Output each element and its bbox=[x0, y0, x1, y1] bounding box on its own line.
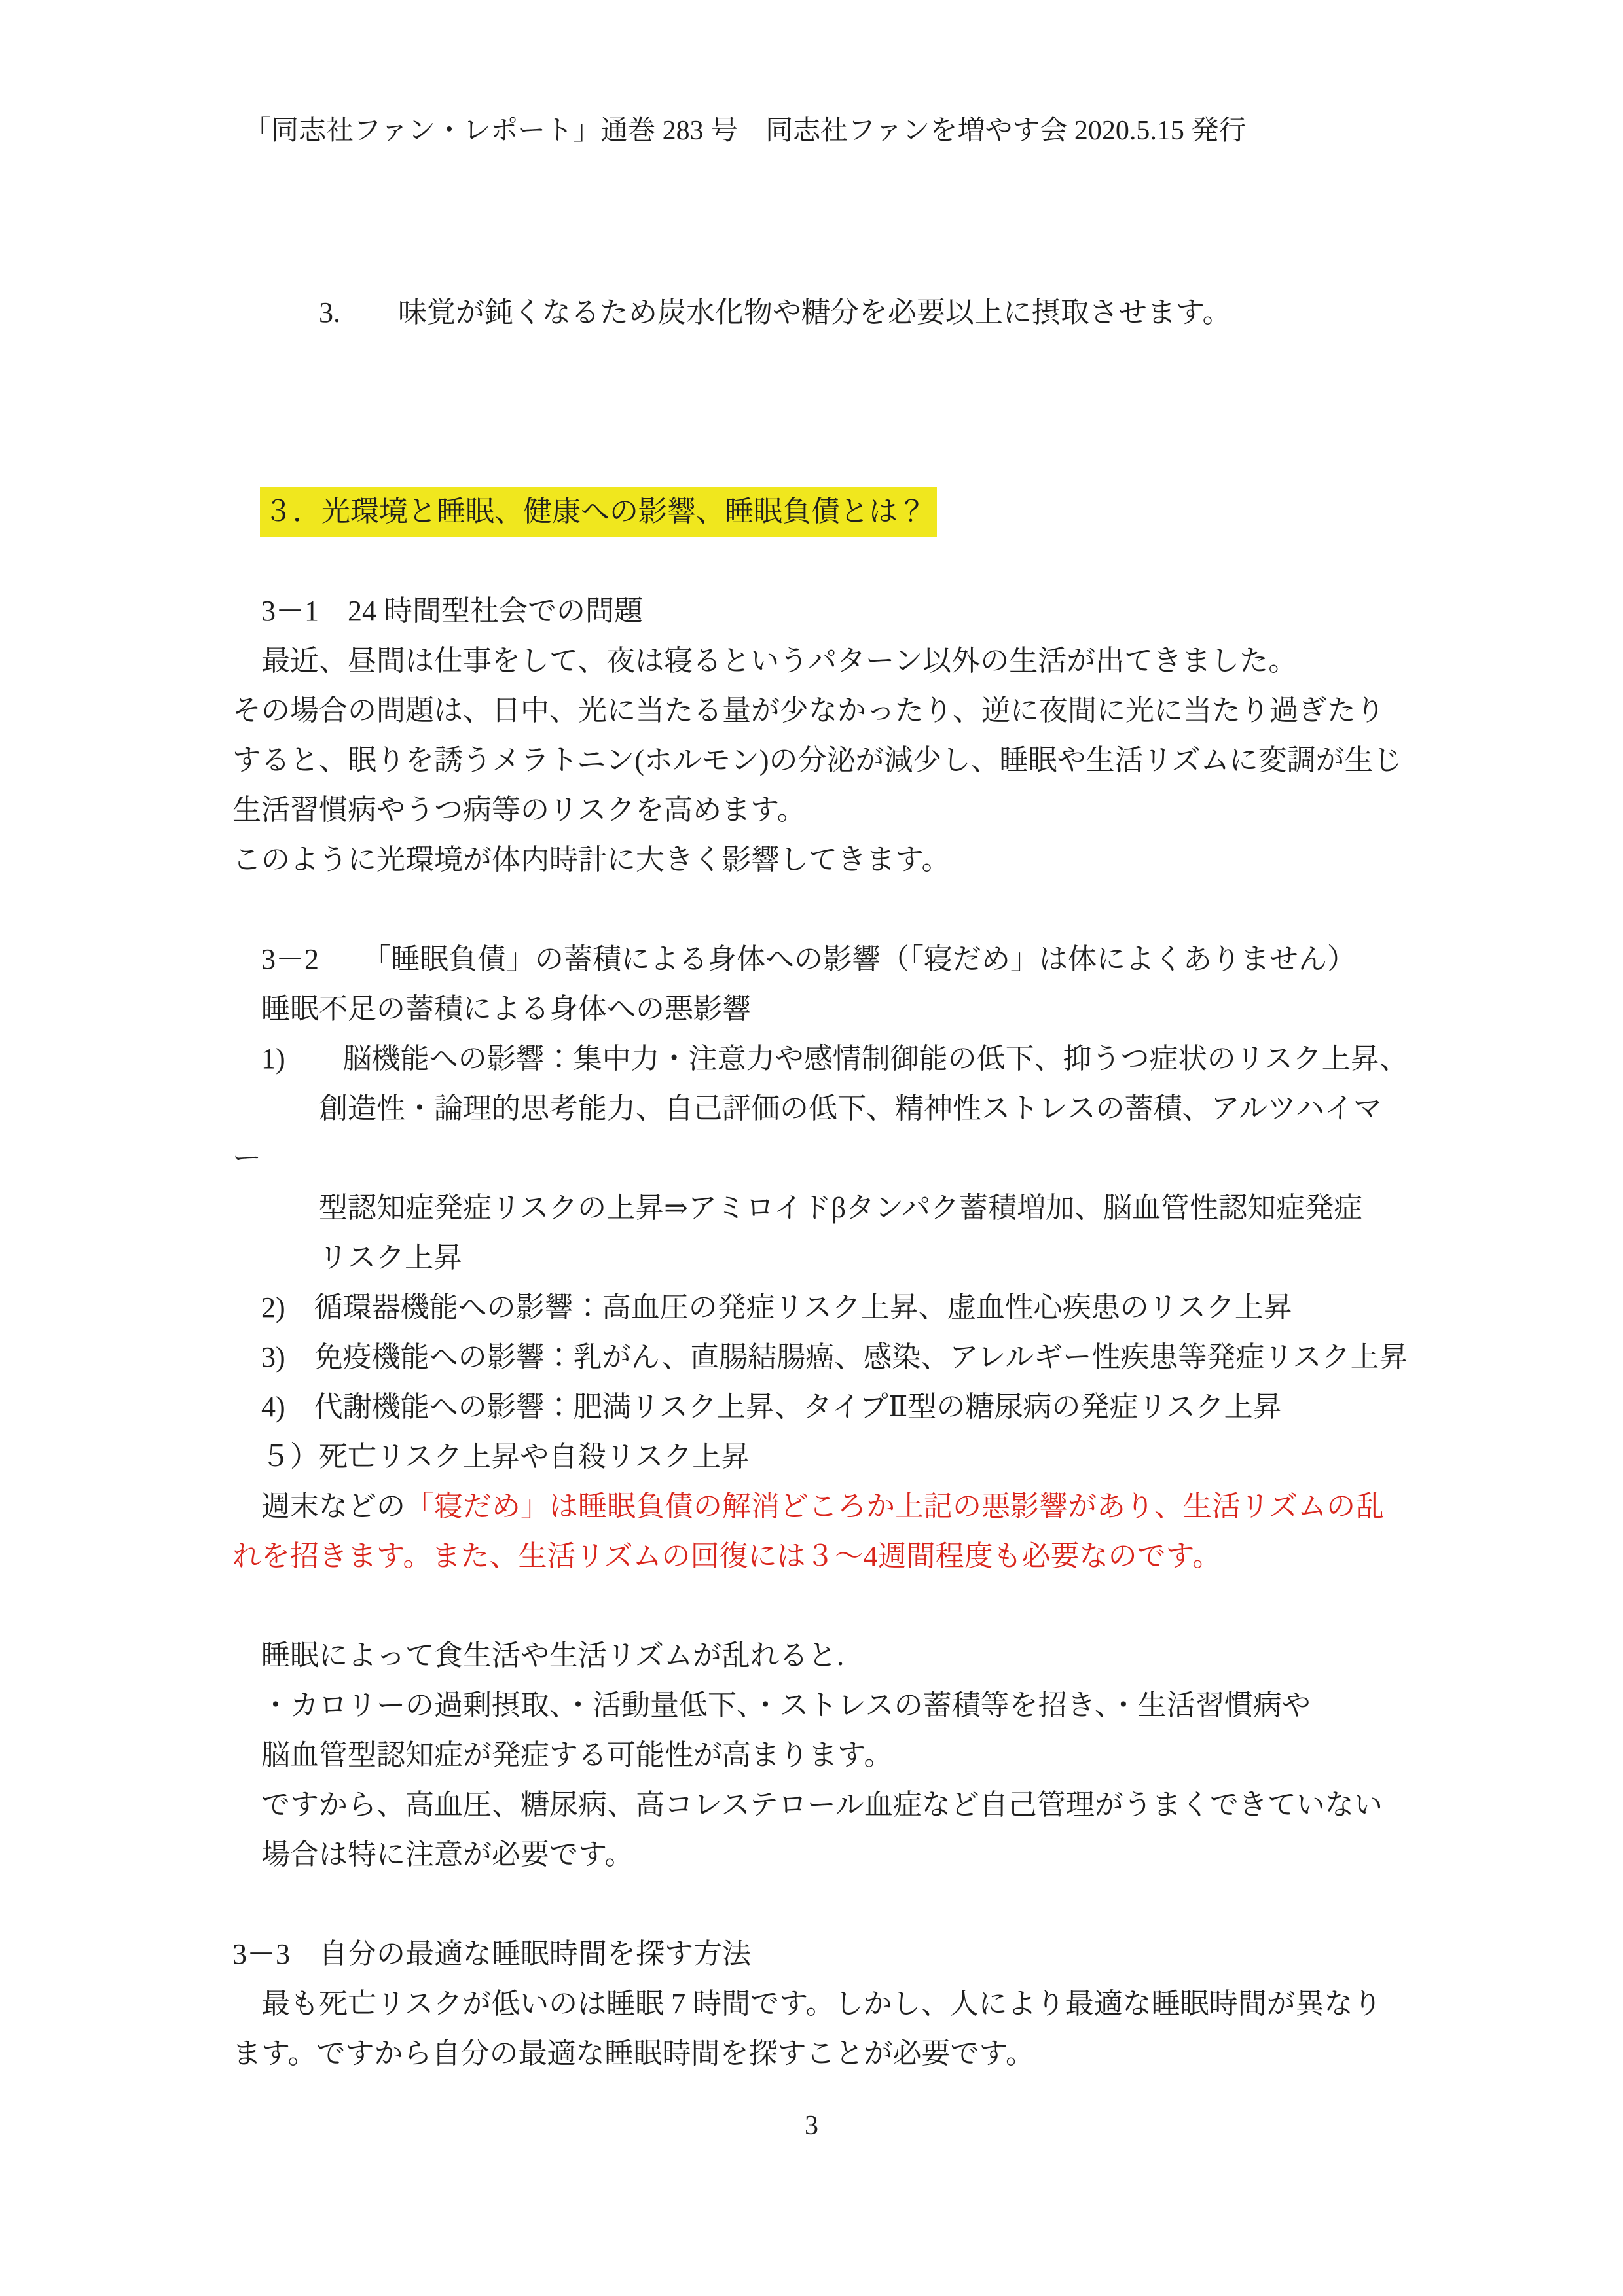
text-line: 4) 代謝機能への影響：肥満リスク上昇、タイプⅡ型の糖尿病の発症リスク上昇 bbox=[232, 1382, 1411, 1432]
blank-line bbox=[232, 437, 1411, 487]
blank-line bbox=[232, 537, 1411, 586]
blank-line bbox=[232, 885, 1411, 935]
text-line: リスク上昇 bbox=[232, 1233, 1411, 1283]
page-number: 3 bbox=[0, 2110, 1623, 2142]
document-page: 「同志社ファン・レポート」通巻 283 号 同志社ファンを増やす会 2020.5… bbox=[0, 0, 1623, 2296]
text-line: 創造性・論理的思考能力、自己評価の低下、精神性ストレスの蓄積、アルツハイマ bbox=[232, 1084, 1411, 1134]
text-line: 3. 味覚が鈍くなるため炭水化物や糖分を必要以上に摂取させます。 bbox=[232, 288, 1411, 338]
text-line: ですから、高血圧、糖尿病、高コレステロール血症など自己管理がうまくできていない bbox=[232, 1780, 1411, 1830]
text-line: 1) 脳機能への影響：集中力・注意力や感情制御能の低下、抑うつ症状のリスク上昇、 bbox=[232, 1034, 1411, 1084]
text-line: その場合の問題は、日中、光に当たる量が少なかったり、逆に夜間に光に当たり過ぎたり bbox=[232, 686, 1411, 736]
text-line: このように光環境が体内時計に大きく影響してきます。 bbox=[232, 835, 1411, 885]
text-line: 脳血管型認知症が発症する可能性が高まります。 bbox=[232, 1731, 1411, 1780]
text-line: 最近、昼間は仕事をして、夜は寝るというパターン以外の生活が出てきました。 bbox=[232, 636, 1411, 686]
text-line: 3) 免疫機能への影響：乳がん、直腸結腸癌、感染、アレルギー性疾患等発症リスク上… bbox=[232, 1333, 1411, 1382]
text-line: 型認知症発症リスクの上昇⇒アミロイドβタンパク蓄積増加、脳血管性認知症発症 bbox=[232, 1183, 1411, 1233]
blank-line bbox=[232, 338, 1411, 387]
text-line: 場合は特に注意が必要です。 bbox=[232, 1830, 1411, 1880]
text-line: 3－2 「睡眠負債」の蓄積による身体への影響（「寝だめ」は体によくありません） bbox=[232, 935, 1411, 984]
text-line: ます。ですから自分の最適な睡眠時間を探すことが必要です。 bbox=[232, 2029, 1411, 2079]
text-line: 生活習慣病やうつ病等のリスクを高めます。 bbox=[232, 785, 1411, 835]
text-line: 3－1 24 時間型社会での問題 bbox=[232, 586, 1411, 636]
text-line: 2) 循環器機能への影響：高血圧の発症リスク上昇、虚血性心疾患のリスク上昇 bbox=[232, 1283, 1411, 1333]
text-line: すると、眠りを誘うメラトニン(ホルモン)の分泌が減少し、睡眠や生活リズムに変調が… bbox=[232, 736, 1411, 785]
text-line: 睡眠によって食生活や生活リズムが乱れると. bbox=[232, 1631, 1411, 1681]
text-line: 週末などの「寝だめ」は睡眠負債の解消どころか上記の悪影響があり、生活リズムの乱 bbox=[232, 1482, 1411, 1532]
text-line: ・カロリーの過剰摂取、・活動量低下、・ストレスの蓄積等を招き、・生活習慣病や bbox=[232, 1681, 1411, 1731]
text-line: ５）死亡リスク上昇や自殺リスク上昇 bbox=[232, 1432, 1411, 1482]
text-line: ー bbox=[232, 1134, 1411, 1183]
document-body: 3. 味覚が鈍くなるため炭水化物や糖分を必要以上に摂取させます。３．光環境と睡眠… bbox=[232, 288, 1411, 2079]
page-header: 「同志社ファン・レポート」通巻 283 号 同志社ファンを増やす会 2020.5… bbox=[244, 113, 1246, 149]
text-line: 3－3 自分の最適な睡眠時間を探す方法 bbox=[232, 1929, 1411, 1979]
blank-line bbox=[232, 1880, 1411, 1929]
section-heading: ３．光環境と睡眠、健康への影響、睡眠負債とは？ bbox=[232, 487, 1411, 537]
blank-line bbox=[232, 387, 1411, 437]
text-line: れを招きます。また、生活リズムの回復には３～4週間程度も必要なのです。 bbox=[232, 1532, 1411, 1581]
text-black-segment: 週末などの bbox=[232, 1490, 405, 1522]
text-line: 最も死亡リスクが低いのは睡眠 7 時間です。しかし、人により最適な睡眠時間が異な… bbox=[232, 1979, 1411, 2029]
text-line: 睡眠不足の蓄積による身体への悪影響 bbox=[232, 984, 1411, 1034]
blank-line bbox=[232, 1581, 1411, 1631]
text-red-segment: 「寝だめ」は睡眠負債の解消どころか上記の悪影響があり、生活リズムの乱 bbox=[405, 1490, 1384, 1522]
highlighted-text: ３．光環境と睡眠、健康への影響、睡眠負債とは？ bbox=[260, 487, 937, 537]
